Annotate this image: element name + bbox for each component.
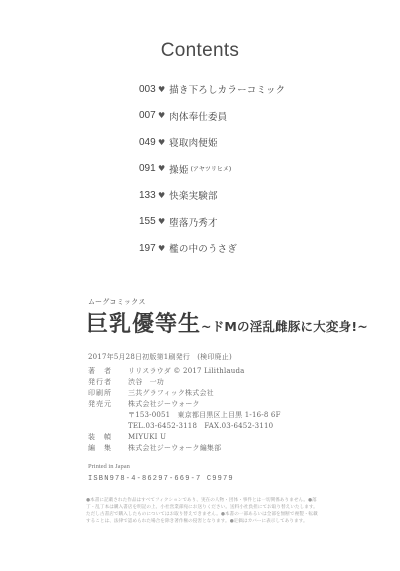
colophon-key: 編 集 — [88, 443, 128, 454]
toc-item: 197 ♥ 檻の中のうさぎ — [139, 235, 285, 262]
toc-item: 155 ♥ 堕落乃秀才 — [139, 209, 285, 236]
book-title-main: 巨乳優等生 — [86, 312, 201, 337]
heart-icon: ♥ — [158, 111, 165, 120]
toc-page-number: 133 — [139, 190, 158, 201]
colophon-row-author: 著 者 リリスラウダ © 2017 Lilithlauda — [88, 366, 281, 377]
toc-subtitle: (アヤツリヒメ) — [191, 164, 232, 173]
toc-title: 檻の中のうさぎ — [169, 241, 237, 255]
toc-page-number: 197 — [139, 243, 158, 254]
colophon-row-publisher: 発行者 渋谷 一功 — [88, 377, 281, 388]
colophon-key: 印刷所 — [88, 388, 128, 399]
toc-item: 003 ♥ 描き下ろしカラーコミック — [139, 76, 285, 103]
toc-page-number: 003 — [139, 84, 158, 95]
book-title-sub: ~ドMの淫乱雌豚に大変身!~ — [201, 319, 368, 334]
heart-icon: ♥ — [158, 244, 165, 253]
toc-title: 肉体奉仕委員 — [169, 109, 227, 123]
colophon-key: 発売元 — [88, 399, 128, 410]
toc-item: 133 ♥ 快楽実験部 — [139, 182, 285, 209]
toc-title: 寝取肉便姫 — [169, 135, 218, 149]
page-title: Contents — [0, 40, 400, 62]
colophon-row-distributor: 発売元 株式会社ジーウォーク — [88, 399, 281, 410]
imprint-label: ムーグコミックス — [88, 297, 146, 307]
colophon-value: TEL.03-6452-3118 FAX.03-6452-3110 — [128, 421, 273, 432]
toc-title: 堕落乃秀才 — [169, 215, 218, 229]
colophon-row-printer: 印刷所 三共グラフィック株式会社 — [88, 388, 281, 399]
heart-icon: ♥ — [158, 164, 165, 173]
toc-page-number: 155 — [139, 216, 158, 227]
colophon-value: MIYUKI U — [128, 432, 166, 443]
toc-page-number: 007 — [139, 110, 158, 121]
heart-icon: ♥ — [158, 138, 165, 147]
publication-date: 2017年5月28日初版第1刷発行 (検印廃止) — [88, 352, 281, 362]
colophon-key: 装 幀 — [88, 432, 128, 443]
colophon-row-design: 装 幀 MIYUKI U — [88, 432, 281, 443]
legal-notes: ●本書に記載された作品はすべてフィクションであり、実在の人物・団体・事件とは一切… — [86, 497, 318, 525]
toc-item: 049 ♥ 寝取肉便姫 — [139, 129, 285, 156]
colophon-key — [88, 421, 128, 432]
heart-icon: ♥ — [158, 217, 165, 226]
colophon-value: 三共グラフィック株式会社 — [128, 388, 214, 399]
colophon-value: 株式会社ジーウォーク — [128, 399, 200, 410]
toc-title: 操姫 — [169, 162, 188, 176]
colophon-key: 著 者 — [88, 366, 128, 377]
toc-item: 007 ♥ 肉体奉仕委員 — [139, 103, 285, 130]
heart-icon: ♥ — [158, 191, 165, 200]
colophon-value: リリスラウダ © 2017 Lilithlauda — [128, 366, 245, 377]
colophon-value: 株式会社ジーウォーク編集部 — [128, 443, 221, 454]
toc-item: 091 ♥ 操姫 (アヤツリヒメ) — [139, 156, 285, 183]
colophon-row-editor: 編 集 株式会社ジーウォーク編集部 — [88, 443, 281, 454]
colophon-key — [88, 410, 128, 421]
colophon: 2017年5月28日初版第1刷発行 (検印廃止) 著 者 リリスラウダ © 20… — [88, 352, 281, 454]
toc-title: 描き下ろしカラーコミック — [169, 82, 285, 96]
isbn: ISBN978-4-86297-669-7 C9979 — [88, 475, 234, 483]
heart-icon: ♥ — [158, 85, 165, 94]
toc-page-number: 049 — [139, 137, 158, 148]
printed-in: Printed in Japan — [88, 463, 130, 470]
colophon-value: 渋谷 一功 — [128, 377, 164, 388]
colophon-row-phone: TEL.03-6452-3118 FAX.03-6452-3110 — [88, 421, 281, 432]
toc-page-number: 091 — [139, 163, 158, 174]
table-of-contents: 003 ♥ 描き下ろしカラーコミック 007 ♥ 肉体奉仕委員 049 ♥ 寝取… — [139, 76, 285, 262]
colophon-key: 発行者 — [88, 377, 128, 388]
colophon-value: 〒153-0051 東京都目黒区上目黒 1-16-8 6F — [128, 410, 281, 421]
toc-title: 快楽実験部 — [169, 188, 218, 202]
colophon-row-address: 〒153-0051 東京都目黒区上目黒 1-16-8 6F — [88, 410, 281, 421]
book-title: 巨乳優等生~ドMの淫乱雌豚に大変身!~ — [86, 307, 368, 338]
